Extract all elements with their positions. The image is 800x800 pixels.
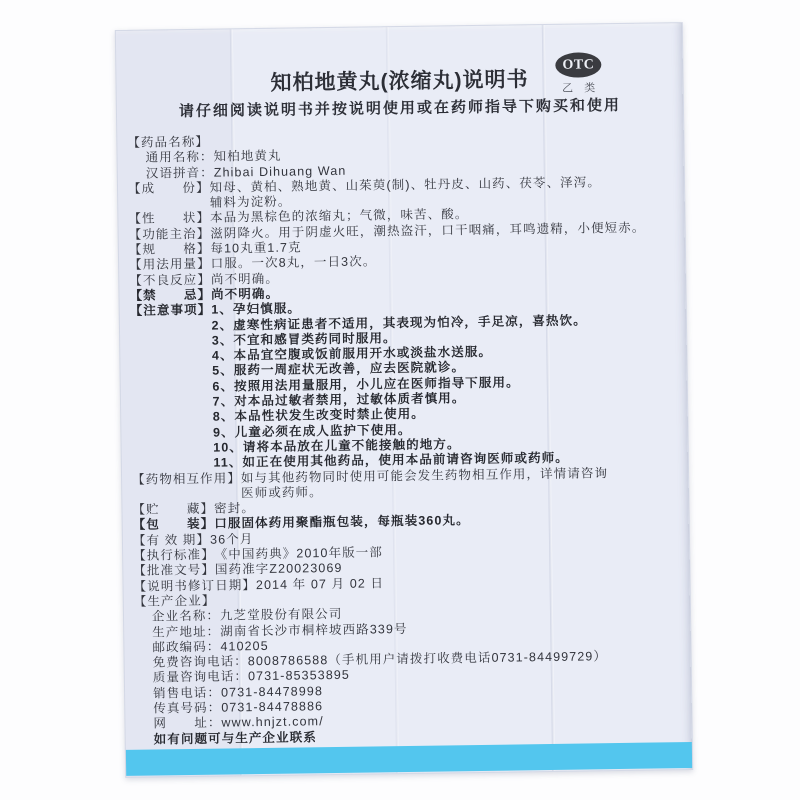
otc-icon: OTC [555,52,601,78]
leaflet-paper: 知柏地黄丸(浓缩丸)说明书 OTC 乙 类 请仔细阅读说明书并按说明使用或在药师… [115,22,693,778]
leaflet-body: 【药品名称】 通用名称：知柏地黄丸 汉语拼音：Zhibai Dihuang Wa… [127,128,679,747]
otc-badge: OTC 乙 类 [548,52,609,96]
photo-background: { "badge": { "otc": "OTC", "category": "… [0,0,800,800]
bottom-color-band [126,742,692,776]
entry-precautions: 【注意事项】1、孕妇慎服。 2、虚寒性病证患者不适用，其表现为怕冷，手足凉，喜热… [130,296,676,472]
